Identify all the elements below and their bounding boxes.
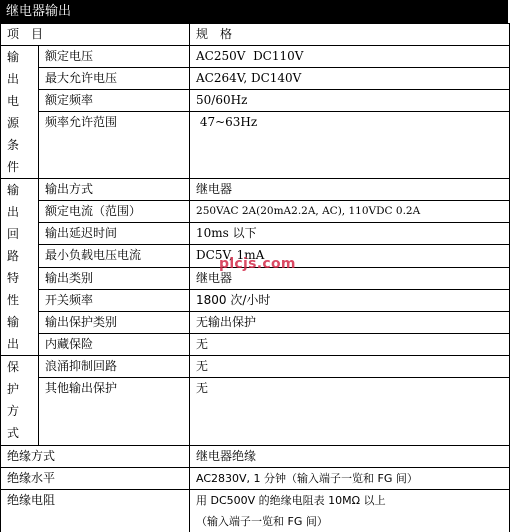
row-value: 继电器 [190,179,510,201]
value-line-2: （输入端子一览和 FG 间） [196,511,509,532]
spec-table: 项 目 规 格 输出电源条件 额定电压 AC250V DC110V 最大允许电压… [0,23,510,532]
row-label: 额定频率 [39,90,190,112]
row-value: 用 DC500V 的绝缘电阻表 10MΩ 以上 （输入端子一览和 FG 间） [190,490,510,532]
row-label: 最小负载电压电流 [39,245,190,267]
watermark: plcjs.com [219,256,296,272]
table-row: 绝缘方式 继电器绝缘 [1,446,510,468]
section-title: 继电器输出 [0,0,508,23]
table-row: 额定频率 50/60Hz [1,90,510,112]
row-value: AC264V, DC140V [190,68,510,90]
row-label: 开关频率 [39,289,190,311]
row-label: 额定电流（范围） [39,201,190,223]
row-label: 输出方式 [39,179,190,201]
row-value: 无 [190,378,510,446]
table-row: 额定电流（范围） 250VAC 2A(20mA2.2A, AC), 110VDC… [1,201,510,223]
table-row: 保护方式 浪涌抑制回路 无 [1,356,510,378]
table-row: 开关频率 1800 次/小时 [1,289,510,311]
row-value: AC2830V, 1 分钟（输入端子一览和 FG 间） [190,468,510,490]
row-label: 最大允许电压 [39,68,190,90]
row-value: 无 [190,333,510,355]
table-row: 输出回路特性输出 输出方式 继电器 [1,179,510,201]
row-label: 绝缘方式 [1,446,190,468]
header-spec: 规 格 [190,24,510,46]
row-label: 频率允许范围 [39,112,190,179]
row-value: 47~63Hz [190,112,510,179]
row-label: 内藏保险 [39,333,190,355]
group-output-circuit: 输出回路特性输出 [1,179,39,356]
table-row: 输出延迟时间 10ms 以下 [1,223,510,245]
row-value: 继电器绝缘 [190,446,510,468]
row-value: 1800 次/小时 [190,289,510,311]
row-value: AC250V DC110V [190,46,510,68]
table-row: 其他输出保护 无 [1,378,510,446]
row-value: 无 [190,356,510,378]
row-value: 无输出保护 [190,311,510,333]
row-value: 250VAC 2A(20mA2.2A, AC), 110VDC 0.2A [190,201,510,223]
table-row: 绝缘水平 AC2830V, 1 分钟（输入端子一览和 FG 间） [1,468,510,490]
row-label: 绝缘水平 [1,468,190,490]
table-header-row: 项 目 规 格 [1,24,510,46]
row-label: 绝缘电阻 [1,490,190,532]
row-label: 其他输出保护 [39,378,190,446]
table-row: 输出电源条件 额定电压 AC250V DC110V [1,46,510,68]
table-row: 绝缘电阻 用 DC500V 的绝缘电阻表 10MΩ 以上 （输入端子一览和 FG… [1,490,510,532]
table-row: 最大允许电压 AC264V, DC140V [1,68,510,90]
group-power-conditions: 输出电源条件 [1,46,39,179]
row-label: 输出类别 [39,267,190,289]
row-label: 输出延迟时间 [39,223,190,245]
row-label: 额定电压 [39,46,190,68]
row-label: 输出保护类别 [39,311,190,333]
row-value: 50/60Hz [190,90,510,112]
table-row: 内藏保险 无 [1,333,510,355]
group-protection: 保护方式 [1,356,39,446]
row-label: 浪涌抑制回路 [39,356,190,378]
table-row: 频率允许范围 47~63Hz [1,112,510,179]
table-row: 输出保护类别 无输出保护 [1,311,510,333]
row-value: 10ms 以下 [190,223,510,245]
value-line-1: 用 DC500V 的绝缘电阻表 10MΩ 以上 [196,490,509,511]
header-item: 项 目 [1,24,190,46]
